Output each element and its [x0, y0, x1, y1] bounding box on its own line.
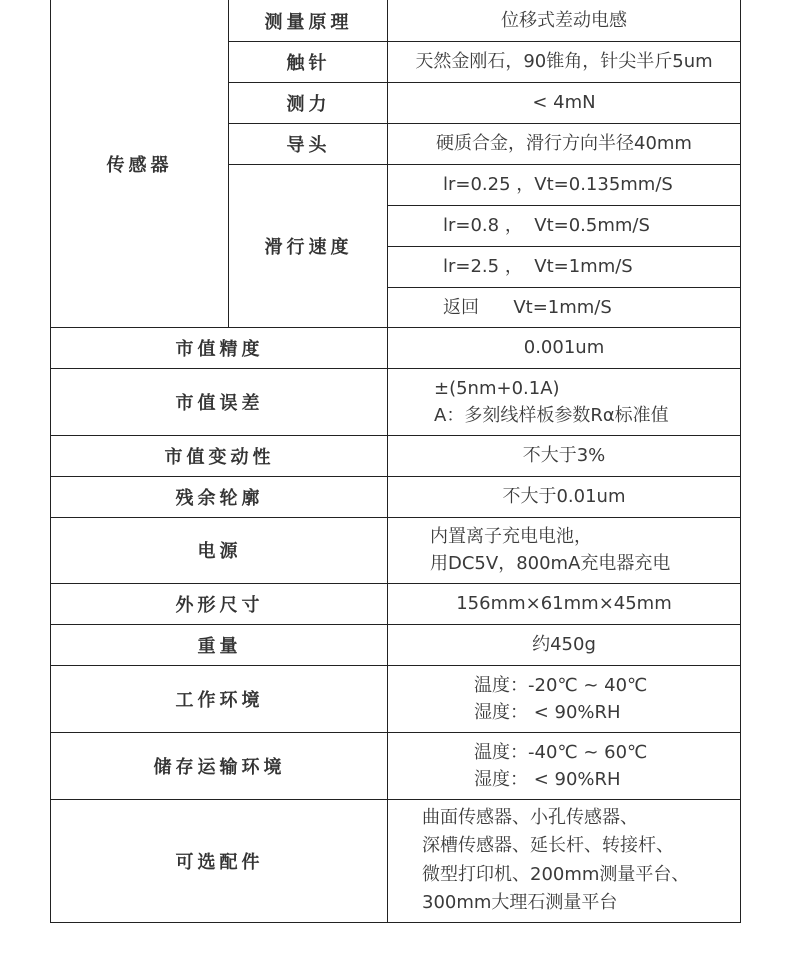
- row-label-accessories: 可选配件: [50, 799, 388, 923]
- row-label-power: 电源: [50, 517, 388, 584]
- row-value-guide: 硬质合金，滑行方向半径40mm: [387, 123, 741, 165]
- row-label-resolution: 市值精度: [50, 327, 388, 369]
- row-value-operating-env: 温度：-20℃ ~ 40℃ 湿度： < 90%RH: [387, 665, 741, 733]
- speed-value: 返回 Vt=1mm/S: [387, 287, 741, 328]
- row-value-storage-env: 温度：-40℃ ~ 60℃ 湿度： < 90%RH: [387, 732, 741, 800]
- row-label-error: 市值误差: [50, 368, 388, 436]
- row-label-stylus: 触针: [228, 41, 388, 83]
- row-value-error: ±(5nm+0.1A) A：多刻线样板参数Rα标准值: [387, 368, 741, 436]
- row-value-force: < 4mN: [387, 82, 741, 124]
- row-label-principle: 测量原理: [228, 0, 388, 42]
- row-label-residual: 残余轮廓: [50, 476, 388, 518]
- row-label-storage-env: 储存运输环境: [50, 732, 388, 800]
- row-label-speed: 滑行速度: [228, 164, 388, 328]
- row-value-residual: 不大于0.01um: [387, 476, 741, 518]
- row-label-dimensions: 外形尺寸: [50, 583, 388, 625]
- row-label-variability: 市值变动性: [50, 435, 388, 477]
- row-value-dimensions: 156mm×61mm×45mm: [387, 583, 741, 625]
- row-value-stylus: 天然金刚石，90锥角，针尖半斤5um: [387, 41, 741, 83]
- row-label-guide: 导头: [228, 123, 388, 165]
- speed-value: lr=2.5 ， Vt=1mm/S: [387, 246, 741, 288]
- row-value-principle: 位移式差动电感: [387, 0, 741, 42]
- row-value-accessories: 曲面传感器、小孔传感器、 深槽传感器、延长杆、转接杆、 微型打印机、200mm测…: [387, 799, 741, 923]
- row-value-variability: 不大于3%: [387, 435, 741, 477]
- row-label-operating-env: 工作环境: [50, 665, 388, 733]
- speed-value: lr=0.8 ， Vt=0.5mm/S: [387, 205, 741, 247]
- row-label-weight: 重量: [50, 624, 388, 666]
- speed-value: lr=0.25 ，Vt=0.135mm/S: [387, 164, 741, 206]
- row-value-resolution: 0.001um: [387, 327, 741, 369]
- row-label-force: 测力: [228, 82, 388, 124]
- sensor-group-label: 传感器: [50, 0, 228, 328]
- row-value-power: 内置离子充电电池， 用DC5V，800mA充电器充电: [387, 517, 741, 584]
- row-value-weight: 约450g: [387, 624, 741, 666]
